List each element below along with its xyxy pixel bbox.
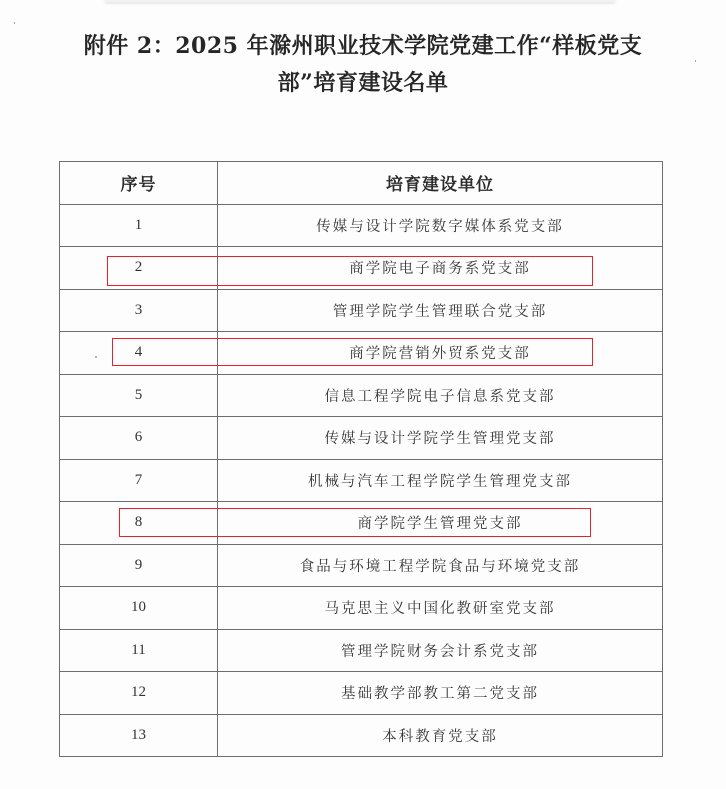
row-number: 11 bbox=[60, 629, 218, 672]
row-unit: 商学院电子商务系党支部 bbox=[218, 247, 663, 290]
row-number: 12 bbox=[60, 672, 218, 715]
row-unit: 本科教育党支部 bbox=[218, 714, 663, 757]
table-row: 4商学院营销外贸系党支部 bbox=[60, 332, 663, 375]
row-unit: 信息工程学院电子信息系党支部 bbox=[218, 374, 663, 417]
window-top-edge bbox=[105, 0, 615, 2]
table-row: 13本科教育党支部 bbox=[60, 714, 663, 757]
row-number: 5 bbox=[60, 374, 218, 417]
row-number: 2 bbox=[60, 247, 218, 290]
table-row: 3管理学院学生管理联合党支部 bbox=[60, 289, 663, 332]
table-row: 11管理学院财务会计系党支部 bbox=[60, 629, 663, 672]
title-line-1: 附件 2：2025 年滁州职业技术学院党建工作“样板党支 bbox=[0, 28, 726, 65]
row-unit: 机械与汽车工程学院学生管理党支部 bbox=[218, 459, 663, 502]
row-number: 4 bbox=[60, 332, 218, 375]
scan-speck bbox=[695, 60, 696, 62]
row-unit: 传媒与设计学院学生管理党支部 bbox=[218, 417, 663, 460]
document-title: 附件 2：2025 年滁州职业技术学院党建工作“样板党支 部”培育建设名单 bbox=[0, 28, 726, 102]
row-number: 8 bbox=[60, 502, 218, 545]
branch-list-table: 序号 培育建设单位 1传媒与设计学院数字媒体系党支部 2商学院电子商务系党支部 … bbox=[59, 161, 663, 757]
row-unit: 商学院学生管理党支部 bbox=[218, 502, 663, 545]
table-row: 2商学院电子商务系党支部 bbox=[60, 247, 663, 290]
table-row: 10马克思主义中国化教研室党支部 bbox=[60, 587, 663, 630]
row-number: 10 bbox=[60, 587, 218, 630]
table-row: 8商学院学生管理党支部 bbox=[60, 502, 663, 545]
table-row: 5信息工程学院电子信息系党支部 bbox=[60, 374, 663, 417]
row-unit: 食品与环境工程学院食品与环境党支部 bbox=[218, 544, 663, 587]
table-row: 1传媒与设计学院数字媒体系党支部 bbox=[60, 204, 663, 247]
table-header-row: 序号 培育建设单位 bbox=[60, 162, 663, 205]
row-unit: 马克思主义中国化教研室党支部 bbox=[218, 587, 663, 630]
header-serial-number: 序号 bbox=[60, 162, 218, 205]
row-number: 1 bbox=[60, 204, 218, 247]
row-unit: 商学院营销外贸系党支部 bbox=[218, 332, 663, 375]
scan-speck bbox=[14, 22, 15, 24]
row-unit: 管理学院学生管理联合党支部 bbox=[218, 289, 663, 332]
scan-speck bbox=[95, 356, 97, 358]
row-unit: 基础教学部教工第二党支部 bbox=[218, 672, 663, 715]
table-row: 7机械与汽车工程学院学生管理党支部 bbox=[60, 459, 663, 502]
table-row: 9食品与环境工程学院食品与环境党支部 bbox=[60, 544, 663, 587]
row-number: 7 bbox=[60, 459, 218, 502]
row-unit: 管理学院财务会计系党支部 bbox=[218, 629, 663, 672]
title-line-2: 部”培育建设名单 bbox=[0, 65, 726, 102]
row-number: 13 bbox=[60, 714, 218, 757]
table-row: 12基础教学部教工第二党支部 bbox=[60, 672, 663, 715]
table-row: 6传媒与设计学院学生管理党支部 bbox=[60, 417, 663, 460]
row-unit: 传媒与设计学院数字媒体系党支部 bbox=[218, 204, 663, 247]
row-number: 3 bbox=[60, 289, 218, 332]
header-unit: 培育建设单位 bbox=[218, 162, 663, 205]
row-number: 6 bbox=[60, 417, 218, 460]
row-number: 9 bbox=[60, 544, 218, 587]
